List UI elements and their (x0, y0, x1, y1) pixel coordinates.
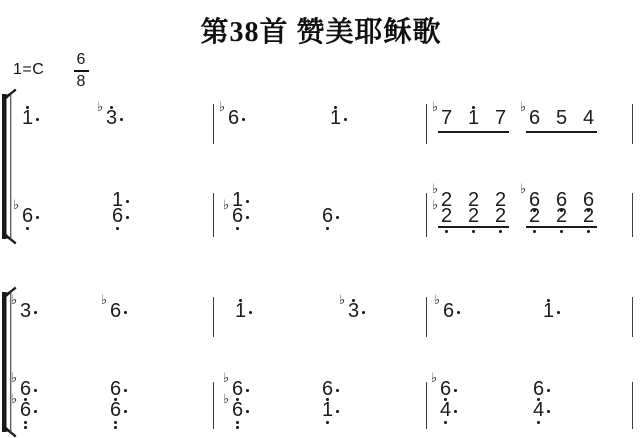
octave-dot-below (236, 227, 239, 230)
note-digit: 1 (468, 108, 479, 128)
note-digit: 6 (443, 301, 454, 321)
augmentation-dot (362, 311, 365, 314)
barline (213, 297, 214, 337)
system-bracket-icon (0, 287, 20, 438)
octave-dot-below (326, 421, 329, 424)
augmentation-dot (249, 311, 252, 314)
note-digit: 6 (110, 301, 121, 321)
barline (426, 104, 427, 144)
augmentation-dot (246, 410, 249, 413)
note-digit: 3 (20, 301, 31, 321)
flat-icon: ♭ (432, 101, 438, 114)
flat-icon: ♭ (520, 183, 526, 196)
beam-underline (526, 226, 597, 228)
note-digit: 7 (441, 108, 452, 128)
octave-dot-below (116, 227, 119, 230)
note-digit: 2 (441, 206, 452, 226)
augmentation-dot (242, 118, 245, 121)
augmentation-dot (34, 410, 37, 413)
note-digit: 6 (20, 379, 31, 399)
note-digit: 6 (322, 379, 333, 399)
octave-dot-below (114, 426, 117, 429)
flat-icon: ♭ (223, 393, 229, 406)
augmentation-dot (336, 410, 339, 413)
octave-dot-below (326, 227, 329, 230)
flat-icon: ♭ (223, 372, 229, 385)
barline (632, 193, 633, 237)
beam-underline (526, 131, 597, 133)
octave-dot-below (236, 421, 239, 424)
note-digit: 2 (556, 206, 567, 226)
octave-dot-below (24, 426, 27, 429)
sheet-music-page: 第38首 赞美耶稣歌 1=C 6 8 13♭6♭17♭176♭546♭1616♭… (0, 0, 642, 438)
barline (632, 382, 633, 429)
augmentation-dot (36, 216, 39, 219)
barline (632, 297, 633, 337)
note-digit: 6 (110, 379, 121, 399)
augmentation-dot (34, 389, 37, 392)
note-digit: 6 (110, 400, 121, 420)
augmentation-dot (547, 389, 550, 392)
flat-icon: ♭ (431, 372, 437, 385)
augmentation-dot (246, 389, 249, 392)
octave-dot-below (445, 230, 448, 233)
barline (426, 297, 427, 337)
barline (426, 382, 427, 429)
augmentation-dot (336, 389, 339, 392)
flat-icon: ♭ (97, 101, 103, 114)
augmentation-dot (246, 200, 249, 203)
note-digit: 6 (232, 400, 243, 420)
beam-underline (438, 226, 509, 228)
note-digit: 6 (112, 206, 123, 226)
flat-icon: ♭ (223, 199, 229, 212)
flat-icon: ♭ (101, 294, 107, 307)
augmentation-dot (124, 311, 127, 314)
flat-icon: ♭ (219, 101, 225, 114)
flat-icon: ♭ (13, 199, 19, 212)
note-digit: 2 (583, 206, 594, 226)
augmentation-dot (124, 410, 127, 413)
note-digit: 6 (232, 379, 243, 399)
note-digit: 6 (440, 379, 451, 399)
augmentation-dot (126, 216, 129, 219)
flat-icon: ♭ (520, 101, 526, 114)
note-digit: 1 (235, 301, 246, 321)
flat-icon: ♭ (339, 294, 345, 307)
octave-dot-below (499, 230, 502, 233)
note-digit: 3 (348, 301, 359, 321)
flat-icon: ♭ (11, 294, 17, 307)
augmentation-dot (120, 118, 123, 121)
note-digit: 6 (20, 400, 31, 420)
note-digit: 6 (228, 108, 239, 128)
augmentation-dot (246, 216, 249, 219)
barline (213, 193, 214, 237)
barline (632, 104, 633, 144)
flat-icon: ♭ (11, 393, 17, 406)
octave-dot-below (236, 426, 239, 429)
note-digit: 4 (583, 108, 594, 128)
note-digit: 4 (533, 400, 544, 420)
flat-icon: ♭ (434, 294, 440, 307)
note-digit: 7 (495, 108, 506, 128)
beam-underline (438, 131, 509, 133)
augmentation-dot (124, 389, 127, 392)
augmentation-dot (547, 410, 550, 413)
note-digit: 6 (529, 108, 540, 128)
octave-dot-below (560, 230, 563, 233)
flat-icon: ♭ (432, 199, 438, 212)
note-digit: 2 (529, 206, 540, 226)
augmentation-dot (344, 118, 347, 121)
barline (213, 104, 214, 144)
note-digit: 5 (556, 108, 567, 128)
barline (426, 193, 427, 237)
octave-dot-below (114, 421, 117, 424)
augmentation-dot (36, 118, 39, 121)
octave-dot-below (444, 421, 447, 424)
note-digit: 6 (322, 206, 333, 226)
octave-dot-below (24, 421, 27, 424)
augmentation-dot (336, 216, 339, 219)
note-digit: 2 (468, 206, 479, 226)
octave-dot-below (472, 230, 475, 233)
note-digit: 1 (543, 301, 554, 321)
augmentation-dot (126, 200, 129, 203)
flat-icon: ♭ (11, 372, 17, 385)
octave-dot-below (587, 230, 590, 233)
score: 13♭6♭17♭176♭546♭1616♭62♭2♭22226♭262623♭6… (0, 0, 642, 438)
augmentation-dot (454, 410, 457, 413)
note-digit: 3 (106, 108, 117, 128)
octave-dot-below (537, 421, 540, 424)
note-digit: 2 (495, 206, 506, 226)
octave-dot-below (26, 227, 29, 230)
note-digit: 6 (232, 206, 243, 226)
augmentation-dot (454, 389, 457, 392)
note-digit: 6 (533, 379, 544, 399)
note-digit: 1 (22, 108, 33, 128)
note-digit: 4 (440, 400, 451, 420)
barline (213, 382, 214, 429)
system-bracket-icon (0, 89, 20, 246)
note-digit: 6 (22, 206, 33, 226)
flat-icon: ♭ (432, 183, 438, 196)
augmentation-dot (457, 311, 460, 314)
note-digit: 1 (330, 108, 341, 128)
note-digit: 1 (322, 400, 333, 420)
augmentation-dot (557, 311, 560, 314)
augmentation-dot (34, 311, 37, 314)
octave-dot-below (533, 230, 536, 233)
